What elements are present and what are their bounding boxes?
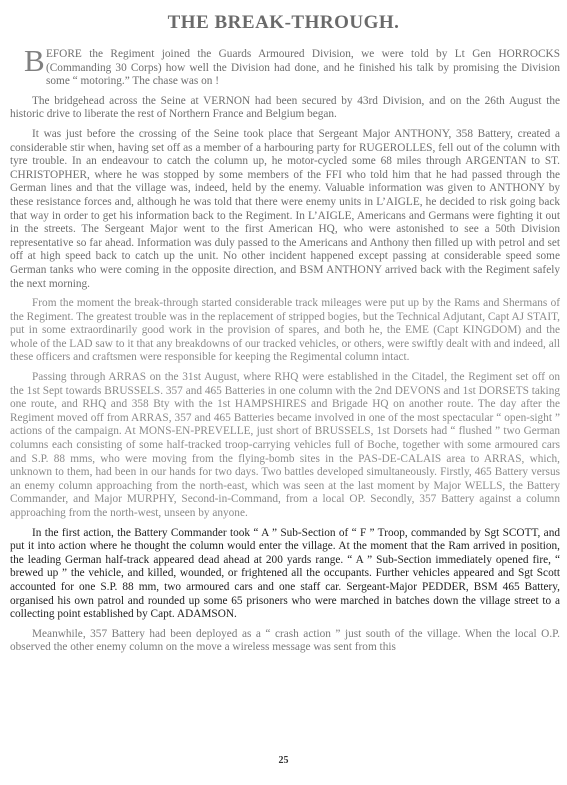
paragraph-intro: B EFORE the Regiment joined the Guards A…: [10, 48, 560, 89]
paragraph-bridgehead: The bridgehead across the Seine at VERNO…: [10, 95, 560, 122]
paragraph-arras: Passing through ARRAS on the 31st August…: [10, 371, 560, 521]
paragraph-first-action: In the first action, the Battery Command…: [10, 527, 560, 622]
page-title: THE BREAK-THROUGH.: [0, 12, 567, 34]
document-body: B EFORE the Regiment joined the Guards A…: [10, 48, 560, 661]
paragraph-text: EFORE the Regiment joined the Guards Arm…: [46, 48, 560, 87]
document-page: THE BREAK-THROUGH. B EFORE the Regiment …: [0, 0, 567, 785]
page-number: 25: [0, 755, 567, 766]
paragraph-anthony: It was just before the crossing of the S…: [10, 128, 560, 291]
paragraph-track-mileages: From the moment the break-through starte…: [10, 297, 560, 365]
paragraph-meanwhile: Meanwhile, 357 Battery had been deployed…: [10, 628, 560, 655]
drop-cap: B: [24, 46, 45, 76]
